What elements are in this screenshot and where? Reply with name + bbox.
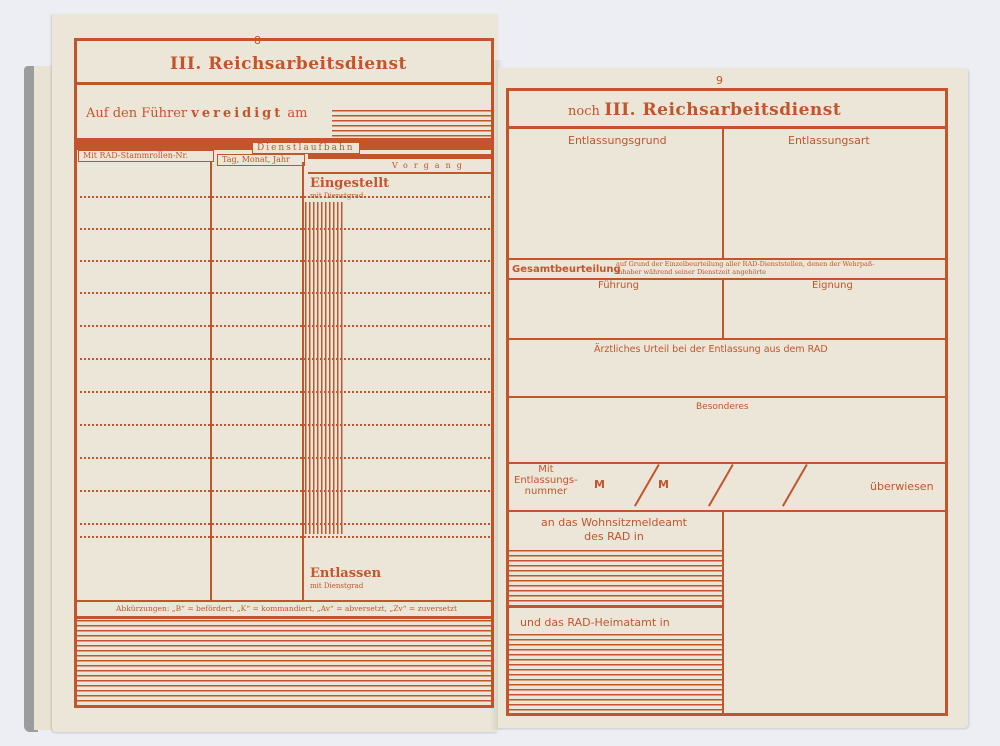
- column-header-date: Tag, Monat, Jahr: [217, 154, 305, 166]
- row-line: [80, 457, 490, 459]
- title-prefix: noch: [568, 104, 600, 119]
- fuehrung-label: Führung: [598, 280, 639, 291]
- besonderes-top-line: [506, 396, 948, 398]
- row-line: [80, 196, 490, 198]
- row-line: [80, 260, 490, 262]
- grund-art-divider: [722, 128, 724, 258]
- right-page: 9 noch III. Reichsarbeitsdienst Entlassu…: [498, 68, 968, 728]
- oath-bold: vereidigt: [191, 106, 283, 121]
- entlassungsgrund-label: Entlassungsgrund: [568, 134, 667, 147]
- row-line: [80, 391, 490, 393]
- gesamtbeurteilung-label: Gesamtbeurteilung: [512, 264, 621, 275]
- row-line: [80, 490, 490, 492]
- note-line-1: auf Grund der Einzelbeurteilung aller RA…: [616, 260, 874, 268]
- entlassen-subtitle: mit Dienstgrad: [310, 582, 363, 590]
- vorgang-band: [308, 154, 494, 159]
- m-field-1[interactable]: M: [594, 478, 605, 491]
- row-line: [80, 292, 490, 294]
- row-line: [80, 358, 490, 360]
- fuehrung-eignung-divider: [722, 278, 724, 338]
- abbreviations-note: Abkürzungen: „B“ = befördert, „K“ = komm…: [116, 604, 457, 613]
- nummer-line-1: Mit: [514, 464, 578, 475]
- meldeamt-line-1: an das Wohnsitzmeldeamt: [534, 516, 694, 530]
- eingestellt-label: Eingestellt: [310, 176, 389, 191]
- dienstgrad-hatching: [305, 202, 345, 534]
- oath-suffix: am: [287, 106, 307, 121]
- entlassungsnummer-label: Mit Entlassungs- nummer: [514, 464, 578, 497]
- left-page: 8 III. Reichsarbeitsdienst Auf den Führe…: [52, 14, 498, 732]
- notes-ruled-area[interactable]: [76, 620, 492, 704]
- vorgang-underline: [308, 172, 494, 174]
- meldeamt-divider: [722, 510, 724, 714]
- abbrev-bottom-line: [74, 616, 494, 619]
- aerztliches-urteil-label: Ärztliches Urteil bei der Entlassung aus…: [594, 344, 828, 355]
- dienstlaufbahn-header: Dienstlaufbahn: [252, 142, 360, 154]
- besonderes-label: Besonderes: [696, 402, 749, 412]
- page-title: noch III. Reichsarbeitsdienst: [568, 100, 841, 120]
- page-number: 9: [716, 74, 723, 87]
- row-line: [80, 325, 490, 327]
- note-line-2: inhaber während seiner Dienstzeit angehö…: [616, 268, 874, 276]
- beurteilung-bottom-line: [506, 278, 948, 280]
- gesamtbeurteilung-note: auf Grund der Einzelbeurteilung aller RA…: [616, 260, 874, 276]
- meldeamt-line-2: des RAD in: [534, 530, 694, 544]
- column-header-stammrolle: Mit RAD-Stammrollen-Nr.: [78, 150, 214, 162]
- wohnsitzmeldeamt-label: an das Wohnsitzmeldeamt des RAD in: [534, 516, 694, 544]
- title-main: III. Reichsarbeitsdienst: [604, 100, 841, 120]
- heimatamt-top-line: [506, 606, 722, 608]
- eignung-label: Eignung: [812, 280, 853, 291]
- ueberwiesen-label: überwiesen: [870, 480, 934, 493]
- heimatamt-label: und das RAD-Heimatamt in: [520, 616, 670, 629]
- row-line: [80, 523, 490, 525]
- nummer-line-2: Entlassungs-: [514, 475, 578, 486]
- entlassen-label: Entlassen: [310, 566, 381, 581]
- wohnsitzmeldeamt-field[interactable]: [508, 550, 722, 606]
- title-divider: [506, 126, 948, 129]
- abbrev-top-line: [74, 600, 494, 602]
- meldeamt-top-line: [506, 510, 948, 512]
- m-field-2[interactable]: M: [658, 478, 669, 491]
- urteil-top-line: [506, 338, 948, 340]
- oath-label: Auf den Führer vereidigt am: [86, 106, 308, 121]
- heimatamt-field[interactable]: [508, 634, 722, 714]
- page-title: III. Reichsarbeitsdienst: [170, 54, 407, 74]
- oath-prefix: Auf den Führer: [86, 106, 187, 121]
- row-line: [80, 536, 490, 538]
- nummer-line-3: nummer: [514, 486, 578, 497]
- column-header-vorgang: Vorgang: [392, 161, 468, 170]
- row-line: [80, 424, 490, 426]
- entlassungsart-label: Entlassungsart: [788, 134, 870, 147]
- title-divider: [74, 82, 494, 85]
- oath-date-field[interactable]: [332, 110, 492, 138]
- row-line: [80, 228, 490, 230]
